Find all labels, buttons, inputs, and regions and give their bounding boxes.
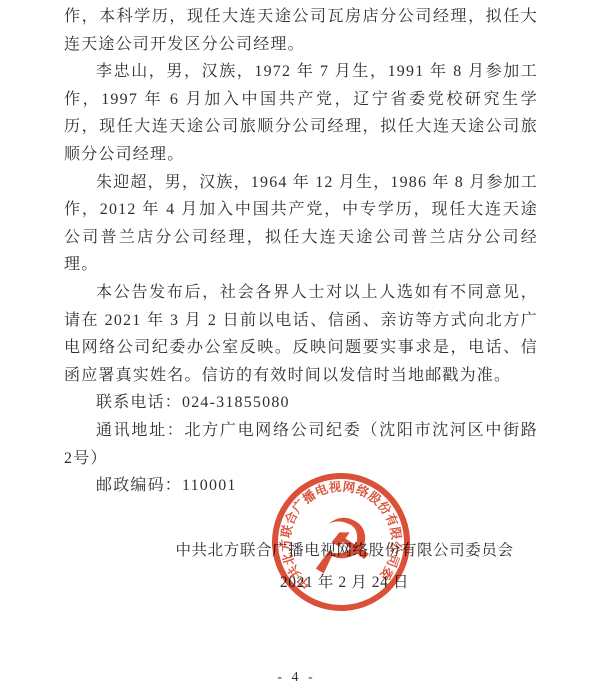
paragraph-contact-phone: 联系电话：024-31855080 xyxy=(64,389,538,417)
body-text: 作，本科学历，现任大连天途公司瓦房店分公司经理，拟任大连天途公司开发区分公司经理… xyxy=(64,3,538,500)
paragraph-zhu-yingchao: 朱迎超，男，汉族，1964 年 12 月生，1986 年 8 月参加工作，201… xyxy=(64,169,538,279)
paragraph-feedback-notice: 本公告发布后，社会各界人士对以上人选如有不同意见，请在 2021 年 3 月 2… xyxy=(64,279,538,389)
official-seal: 中共北方联合广播电视网络股份有限公司委员会 ☭ xyxy=(261,462,421,622)
hammer-sickle-icon: ☭ xyxy=(305,502,377,592)
page-number: - 4 - xyxy=(0,670,593,686)
document-page: 作，本科学历，现任大连天途公司瓦房店分公司经理，拟任大连天途公司开发区分公司经理… xyxy=(0,0,593,693)
paragraph-continued: 作，本科学历，现任大连天途公司瓦房店分公司经理，拟任大连天途公司开发区分公司经理… xyxy=(64,3,538,58)
paragraph-mailing-address: 通讯地址：北方广电网络公司纪委（沈阳市沈河区中街路 2号） xyxy=(64,417,538,472)
paragraph-li-zhongshan: 李忠山，男，汉族，1972 年 7 月生，1991 年 8 月参加工作，1997… xyxy=(64,58,538,168)
